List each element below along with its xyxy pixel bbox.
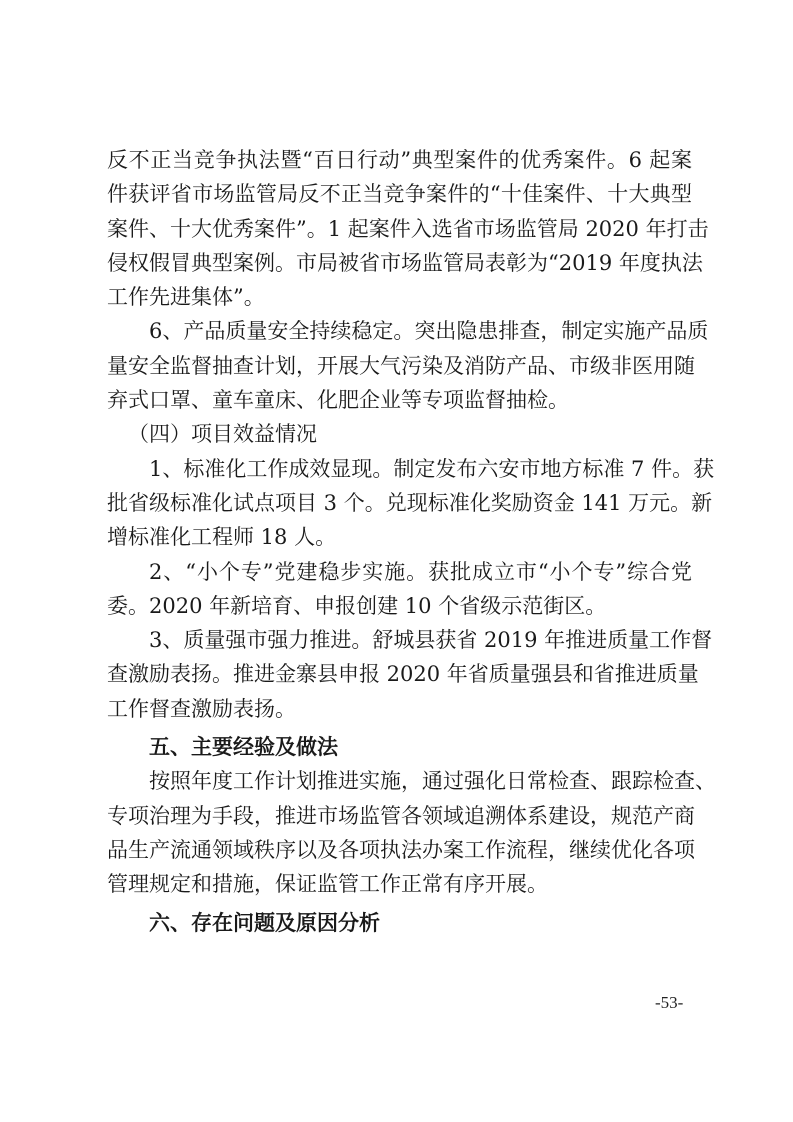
section-heading-problems: 六、存在问题及原因分析 (107, 906, 692, 940)
page-number: -53- (655, 993, 683, 1013)
paragraph-experience: 按照年度工作计划推进实施，通过强化日常检查、跟踪检查、 专项治理为手段，推进市场… (107, 764, 692, 901)
paragraph-product-quality: 6、产品质量安全持续稳定。突出隐患排查，制定实施产品质 量安全监督抽查计划，开展… (107, 314, 692, 417)
subheading-project-benefits: （四）项目效益情况 (107, 417, 692, 451)
section-heading-experience: 五、主要经验及做法 (107, 730, 692, 764)
text-line: 工作督查激励表扬。 (107, 692, 692, 726)
text-line: 批省级标准化试点项目 3 个。兑现标准化奖励资金 141 万元。新 (107, 486, 692, 520)
text-line: 3、质量强市强力推进。舒城县获省 2019 年推进质量工作督 (107, 623, 692, 657)
text-line: 6、产品质量安全持续稳定。突出隐患排查，制定实施产品质 (107, 314, 692, 348)
text-line: 反不正当竞争执法暨“百日行动”典型案件的优秀案件。6 起案 (107, 143, 692, 177)
text-line: 委。2020 年新培育、申报创建 10 个省级示范街区。 (107, 589, 692, 623)
text-line: 查激励表扬。推进金寨县申报 2020 年省质量强县和省推进质量 (107, 657, 692, 691)
paragraph-quality-city: 3、质量强市强力推进。舒城县获省 2019 年推进质量工作督 查激励表扬。推进金… (107, 623, 692, 726)
text-line: 按照年度工作计划推进实施，通过强化日常检查、跟踪检查、 (107, 764, 692, 798)
text-line: 侵权假冒典型案例。市局被省市场监管局表彰为“2019 年度执法 (107, 246, 692, 280)
text-line: 件获评省市场监管局反不正当竞争案件的“十佳案件、十大典型 (107, 177, 692, 211)
text-line: 弃式口罩、童车童床、化肥企业等专项监督抽检。 (107, 383, 692, 417)
text-line: 品生产流通领域秩序以及各项执法办案工作流程，继续优化各项 (107, 833, 692, 867)
text-line: 2、“小个专”党建稳步实施。获批成立市“小个专”综合党 (107, 555, 692, 589)
text-line: 工作先进集体”。 (107, 280, 692, 314)
text-line: 量安全监督抽查计划，开展大气污染及消防产品、市级非医用随 (107, 349, 692, 383)
paragraph-standardization: 1、标准化工作成效显现。制定发布六安市地方标准 7 件。获 批省级标准化试点项目… (107, 452, 692, 555)
text-line: 案件、十大优秀案件”。1 起案件入选省市场监管局 2020 年打击 (107, 212, 692, 246)
text-line: 增标准化工程师 18 人。 (107, 520, 692, 554)
text-line: 1、标准化工作成效显现。制定发布六安市地方标准 7 件。获 (107, 452, 692, 486)
text-line: 专项治理为手段，推进市场监管各领域追溯体系建设，规范产商 (107, 799, 692, 833)
paragraph-continuation: 反不正当竞争执法暨“百日行动”典型案件的优秀案件。6 起案 件获评省市场监管局反… (107, 143, 692, 314)
text-line: 管理规定和措施，保证监管工作正常有序开展。 (107, 867, 692, 901)
document-page: 反不正当竞争执法暨“百日行动”典型案件的优秀案件。6 起案 件获评省市场监管局反… (107, 143, 692, 940)
paragraph-party-building: 2、“小个专”党建稳步实施。获批成立市“小个专”综合党 委。2020 年新培育、… (107, 555, 692, 624)
